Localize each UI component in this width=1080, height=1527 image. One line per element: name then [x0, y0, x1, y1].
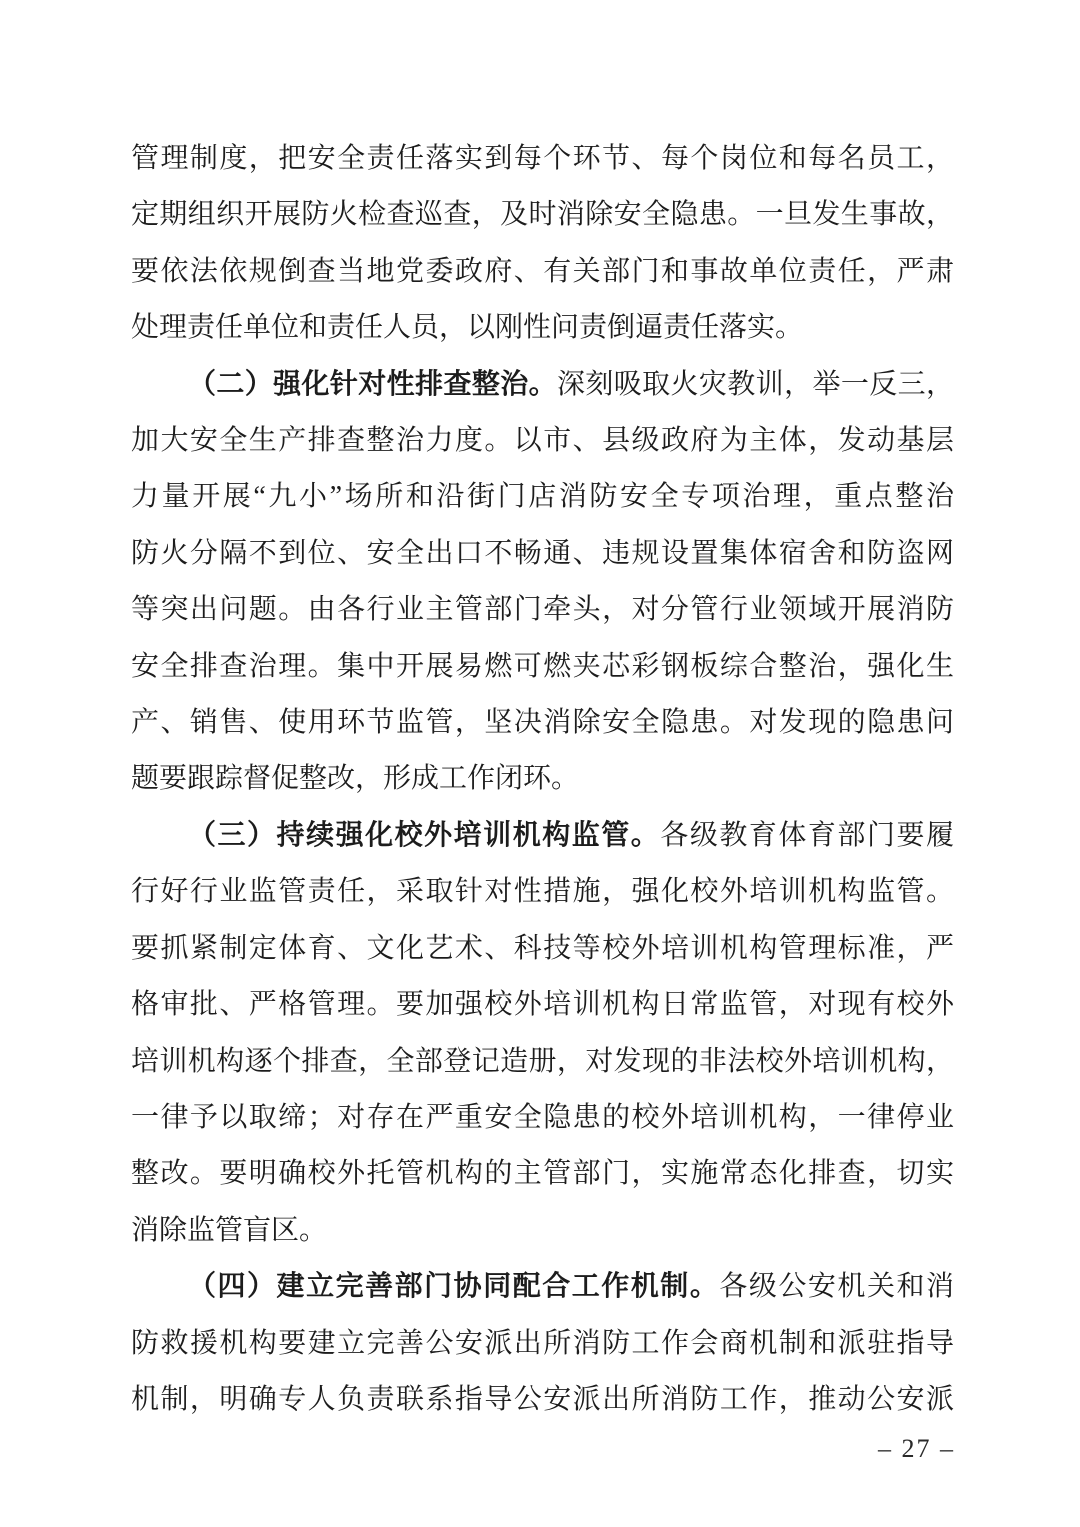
text-line: 产、销售、使用环节监管，坚决消除安全隐患。对发现的隐患问: [131, 695, 954, 751]
text-line: 防火分隔不到位、安全出口不畅通、违规设置集体宿舍和防盗网: [131, 526, 954, 582]
line-text: 消除监管盲区。: [131, 1215, 327, 1246]
line-text: 格审批、严格管理。要加强校外培训机构日常监管，对现有校外: [131, 989, 954, 1020]
line-text: 一律予以取缔；对存在严重安全隐患的校外培训机构，一律停业: [131, 1102, 954, 1133]
text-line: 防救援机构要建立完善公安派出所消防工作会商机制和派驻指导: [131, 1316, 954, 1372]
line-text: 各级公安机关和消: [719, 1271, 954, 1302]
line-text: 防火分隔不到位、安全出口不畅通、违规设置集体宿舍和防盗网: [131, 538, 954, 569]
line-text: 要抓紧制定体育、文化艺术、科技等校外培训机构管理标准，严: [131, 933, 954, 964]
text-line: 等突出问题。由各行业主管部门牵头，对分管行业领域开展消防: [131, 582, 954, 638]
line-heading: （二）强化针对性排查整治。: [188, 369, 557, 400]
text-line: （二）强化针对性排查整治。深刻吸取火灾教训，举一反三，: [131, 357, 954, 413]
line-text: 整改。要明确校外托管机构的主管部门，实施常态化排查，切实: [131, 1158, 954, 1189]
text-line: 格审批、严格管理。要加强校外培训机构日常监管，对现有校外: [131, 977, 954, 1033]
text-line: （三）持续强化校外培训机构监管。各级教育体育部门要履: [131, 808, 954, 864]
line-text: 题要跟踪督促整改，形成工作闭环。: [131, 763, 579, 794]
line-text: 要依法依规倒查当地党委政府、有关部门和事故单位责任，严肃: [131, 256, 954, 287]
text-line: 加大安全生产排查整治力度。以市、县级政府为主体，发动基层: [131, 413, 954, 469]
document-body: 管理制度，把安全责任落实到每个环节、每个岗位和每名员工，定期组织开展防火检查巡查…: [131, 131, 954, 1428]
line-text: 培训机构逐个排查，全部登记造册，对发现的非法校外培训机构，: [131, 1046, 954, 1077]
text-line: 题要跟踪督促整改，形成工作闭环。: [131, 751, 954, 807]
text-line: 培训机构逐个排查，全部登记造册，对发现的非法校外培训机构，: [131, 1034, 954, 1090]
line-text: 等突出问题。由各行业主管部门牵头，对分管行业领域开展消防: [131, 594, 954, 625]
text-line: 力量开展“九小”场所和沿街门店消防安全专项治理，重点整治: [131, 469, 954, 525]
line-text: 定期组织开展防火检查巡查，及时消除安全隐患。一旦发生事故，: [131, 199, 954, 230]
page-number: – 27 –: [878, 1434, 955, 1464]
text-line: 整改。要明确校外托管机构的主管部门，实施常态化排查，切实: [131, 1146, 954, 1202]
document-page: 管理制度，把安全责任落实到每个环节、每个岗位和每名员工，定期组织开展防火检查巡查…: [0, 0, 1080, 1527]
line-text: 各级教育体育部门要履: [660, 820, 954, 851]
line-text: 深刻吸取火灾教训，举一反三，: [557, 369, 954, 400]
line-text: 安全排查治理。集中开展易燃可燃夹芯彩钢板综合整治，强化生: [131, 651, 954, 682]
line-text: 力量开展“九小”场所和沿街门店消防安全专项治理，重点整治: [131, 481, 954, 512]
line-text: 加大安全生产排查整治力度。以市、县级政府为主体，发动基层: [131, 425, 954, 456]
text-line: 机制，明确专人负责联系指导公安派出所消防工作，推动公安派: [131, 1372, 954, 1428]
text-line: 消除监管盲区。: [131, 1203, 954, 1259]
line-text: 处理责任单位和责任人员，以刚性问责倒逼责任落实。: [131, 312, 803, 343]
text-line: 要抓紧制定体育、文化艺术、科技等校外培训机构管理标准，严: [131, 921, 954, 977]
text-line: 行好行业监管责任，采取针对性措施，强化校外培训机构监管。: [131, 864, 954, 920]
text-line: 定期组织开展防火检查巡查，及时消除安全隐患。一旦发生事故，: [131, 187, 954, 243]
line-text: 管理制度，把安全责任落实到每个环节、每个岗位和每名员工，: [131, 143, 954, 174]
text-line: 一律予以取缔；对存在严重安全隐患的校外培训机构，一律停业: [131, 1090, 954, 1146]
text-line: 管理制度，把安全责任落实到每个环节、每个岗位和每名员工，: [131, 131, 954, 187]
line-text: 机制，明确专人负责联系指导公安派出所消防工作，推动公安派: [131, 1384, 954, 1415]
line-text: 产、销售、使用环节监管，坚决消除安全隐患。对发现的隐患问: [131, 707, 954, 738]
line-heading: （四）建立完善部门协同配合工作机制。: [188, 1271, 719, 1302]
text-line: （四）建立完善部门协同配合工作机制。各级公安机关和消: [131, 1259, 954, 1315]
line-text: 行好行业监管责任，采取针对性措施，强化校外培训机构监管。: [131, 876, 954, 907]
text-line: 处理责任单位和责任人员，以刚性问责倒逼责任落实。: [131, 300, 954, 356]
line-heading: （三）持续强化校外培训机构监管。: [188, 820, 660, 851]
text-line: 要依法依规倒查当地党委政府、有关部门和事故单位责任，严肃: [131, 244, 954, 300]
line-text: 防救援机构要建立完善公安派出所消防工作会商机制和派驻指导: [131, 1328, 954, 1359]
text-line: 安全排查治理。集中开展易燃可燃夹芯彩钢板综合整治，强化生: [131, 639, 954, 695]
